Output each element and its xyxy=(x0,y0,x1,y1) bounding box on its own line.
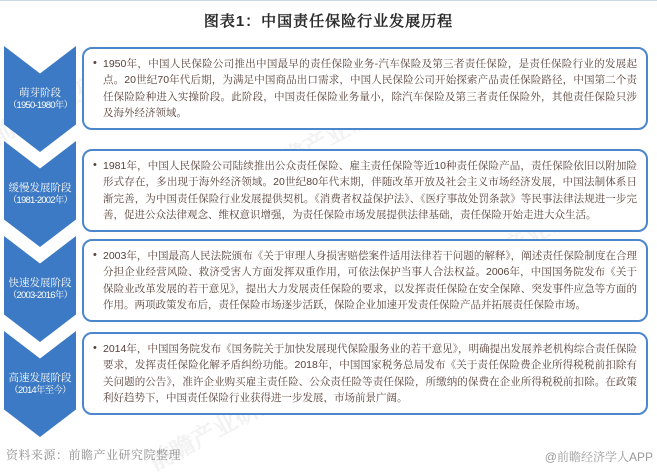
stage-description-text: 2014年，中国国务院发布《国务院关于加快发展现代保险服务业的若干意见》，明确提… xyxy=(103,343,637,404)
stage-chevron-label: 缓慢发展阶段 （1981-2002年） xyxy=(8,181,72,208)
stage-chevron-label: 高速发展阶段 （2014年至今） xyxy=(9,371,72,398)
bullet-marker: • xyxy=(93,55,97,72)
stage-chevron-label: 快速发展阶段 （2003-2016年） xyxy=(8,276,72,303)
bullet-marker: • xyxy=(93,247,97,264)
data-source-label: 资料来源：前瞻产业研究院整理 xyxy=(6,446,181,463)
stage-chevron-4: 高速发展阶段 （2014年至今） xyxy=(4,331,76,437)
stage-description-text: 2003年，中国最高人民法院颁布《关于审理人身损害赔偿案件适用法律若干问题的解释… xyxy=(103,250,637,311)
page-title: 图表1：中国责任保险行业发展历程 xyxy=(0,10,657,31)
stage-chevron-2: 缓慢发展阶段 （1981-2002年） xyxy=(4,141,76,247)
stage-chevron-3: 快速发展阶段 （2003-2016年） xyxy=(4,236,76,342)
bullet-marker: • xyxy=(93,157,97,174)
stage-description-box-3: • 2003年，中国最高人民法院颁布《关于审理人身损害赔偿案件适用法律若干问题的… xyxy=(82,239,648,322)
stage-name: 萌芽阶段 xyxy=(8,86,72,100)
stage-period: （1981-2002年） xyxy=(8,195,72,207)
stage-description-text: 1981年，中国人民保险公司陆续推出公众责任保险、雇主责任保险等近10种责任保险… xyxy=(103,160,637,221)
stage-period: （2003-2016年） xyxy=(8,290,72,302)
stage-description-box-4: • 2014年，中国国务院发布《国务院关于加快发展现代保险服务业的若干意见》，明… xyxy=(82,332,648,415)
stage-description-box-2: • 1981年，中国人民保险公司陆续推出公众责任保险、雇主责任保险等近10种责任… xyxy=(82,149,648,232)
stage-period: （2014年至今） xyxy=(9,385,72,397)
credit-label: @前瞻经济学人APP xyxy=(545,448,653,465)
bullet-marker: • xyxy=(93,340,97,357)
stage-chevron-label: 萌芽阶段 （1950-1980年） xyxy=(8,86,72,113)
infographic-canvas: 图表1：中国责任保险行业发展历程 前瞻产业研究院 前瞻产业研究院 前瞻产业研究院… xyxy=(0,0,657,474)
stage-name: 缓慢发展阶段 xyxy=(8,181,72,195)
stage-period: （1950-1980年） xyxy=(8,100,72,112)
stage-description-box-1: • 1950年，中国人民保险公司推出中国最早的责任保险业务-汽车保险及第三者责任… xyxy=(82,47,648,130)
stage-chevron-1: 萌芽阶段 （1950-1980年） xyxy=(4,46,76,152)
stage-name: 快速发展阶段 xyxy=(8,276,72,290)
stage-name: 高速发展阶段 xyxy=(9,371,72,385)
stage-description-text: 1950年，中国人民保险公司推出中国最早的责任保险业务-汽车保险及第三者责任保险… xyxy=(103,58,637,119)
